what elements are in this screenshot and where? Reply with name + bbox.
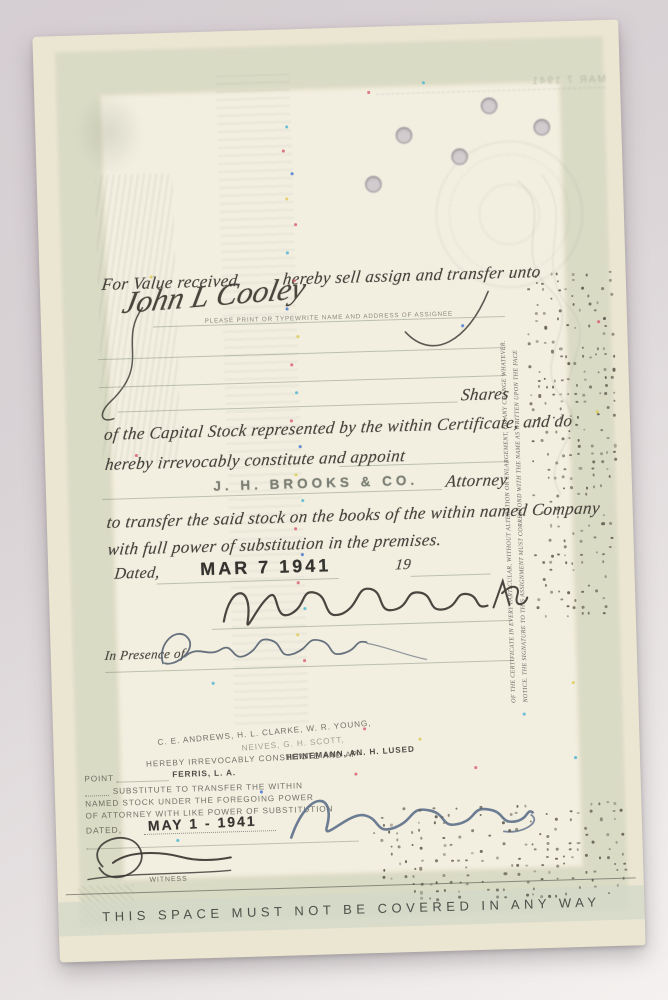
certificate-paper: MAR 7 1941 For Value received hereby sel…: [32, 20, 645, 963]
perforation-dot: [419, 809, 422, 812]
confetti-speck: [574, 756, 577, 759]
confetti-speck: [422, 81, 425, 84]
perforation-dot: [471, 829, 474, 832]
perforation-dot: [502, 821, 505, 824]
perforation-dot: [596, 302, 598, 304]
confetti-speck: [354, 773, 357, 776]
perforation-dot: [540, 895, 543, 898]
perforation-dot: [560, 417, 563, 419]
confetti-speck: [299, 445, 302, 448]
perforation-dot: [612, 368, 615, 371]
perforation-dot: [604, 392, 607, 395]
perforation-dot: [572, 877, 575, 880]
perforation-dot: [554, 380, 557, 383]
perforation-dot: [567, 591, 569, 594]
perforation-dot: [560, 598, 563, 600]
confetti-speck: [282, 149, 285, 152]
perforation-dot: [551, 386, 554, 389]
confetti-speck: [291, 172, 294, 175]
perforation-dot: [613, 809, 616, 811]
perforation-dot: [496, 857, 499, 860]
perforation-dot: [568, 362, 571, 365]
perforation-dot: [580, 539, 583, 542]
perforation-dot: [551, 554, 554, 557]
perforation-dot: [547, 468, 550, 471]
perforation-dot: [435, 859, 438, 862]
confetti-speck: [294, 527, 297, 530]
perforation-dot: [559, 348, 562, 351]
perforation-dot: [538, 385, 541, 388]
confetti-speck: [301, 553, 304, 556]
perforation-dot: [604, 368, 606, 371]
perforation-dot: [436, 890, 439, 893]
perforation-dot: [508, 829, 511, 832]
perforation-dot: [563, 468, 566, 471]
perforation-dot: [399, 862, 401, 865]
perforation-dot: [559, 407, 562, 410]
perforation-dot: [588, 324, 591, 327]
perforation-dot: [546, 835, 549, 837]
perforation-dot: [613, 400, 616, 403]
perforation-dot: [420, 846, 423, 849]
perforation-dot: [543, 312, 545, 315]
perforation-dot: [504, 872, 507, 875]
perforation-dot: [565, 893, 568, 895]
perforation-dot: [562, 437, 565, 440]
perforation-dot: [458, 835, 461, 838]
perforation-dot: [604, 325, 607, 327]
perforation-dot: [451, 859, 454, 861]
perforation-dot: [597, 413, 599, 415]
perforation-dot: [606, 801, 609, 803]
perforation-dot: [405, 875, 408, 878]
perforation-dot: [617, 883, 619, 886]
perforation-dot: [578, 492, 580, 494]
confetti-speck: [363, 727, 366, 730]
perforation-dot: [582, 393, 585, 396]
perforation-dot: [556, 495, 559, 498]
perforation-dot: [613, 392, 616, 394]
perforation-dot: [608, 892, 611, 894]
perforation-dot: [604, 575, 606, 578]
perforation-dot: [609, 279, 612, 282]
perforation-dot: [458, 890, 460, 892]
perforation-dot: [583, 370, 586, 372]
perforation-dot: [555, 461, 558, 464]
confetti-speck: [303, 607, 306, 610]
perforation-dot: [381, 839, 384, 842]
perforation-dot: [584, 378, 587, 381]
perforation-dot: [614, 444, 617, 447]
confetti-speck: [293, 279, 296, 282]
perforation-dot: [543, 561, 545, 564]
perforation-dot: [534, 554, 537, 556]
perforation-dot: [547, 842, 550, 845]
perforation-dot: [390, 852, 392, 855]
perforation-dot: [562, 454, 565, 457]
perforation-dot: [595, 589, 598, 592]
perforation-dot: [602, 523, 605, 525]
perforation-dot: [603, 317, 606, 320]
perforation-dot: [541, 282, 544, 285]
ghost-date-text: MAR 7 1941: [530, 74, 606, 87]
perforation-dot: [601, 460, 604, 463]
perforation-dot: [579, 467, 582, 470]
perforation-dot: [606, 833, 609, 836]
perforation-dot: [443, 874, 446, 877]
perforation-dot: [557, 318, 559, 320]
perforation-dot: [487, 888, 489, 890]
perforation-dot: [574, 326, 576, 329]
perforation-dot: [544, 402, 546, 404]
perforation-dot: [467, 874, 469, 876]
perforation-dot: [613, 414, 616, 417]
perforation-dot: [572, 273, 574, 276]
confetti-speck: [286, 251, 289, 254]
perforation-dot: [577, 848, 579, 851]
perforation-dot: [420, 837, 423, 840]
confetti-speck: [301, 499, 304, 502]
perforation-dot: [577, 452, 580, 455]
perforation-dot: [466, 882, 469, 884]
perforation-dot: [585, 493, 588, 496]
perforation-dot: [532, 887, 534, 890]
perforation-dot: [538, 394, 540, 397]
perforation-dot: [382, 876, 385, 879]
perforation-dot: [570, 415, 572, 417]
perforation-dot: [556, 848, 559, 850]
perforation-dot: [591, 445, 594, 447]
perforation-dot: [609, 522, 612, 525]
assignee-signature-tail: [370, 285, 503, 379]
perforation-dot: [551, 350, 554, 353]
perforation-dot: [546, 386, 548, 389]
perforation-dot: [555, 818, 558, 821]
confetti-speck: [294, 473, 297, 476]
perforation-dot: [607, 856, 610, 859]
perforation-dot: [516, 864, 519, 867]
perforation-dot: [582, 355, 584, 357]
perforation-dot: [528, 342, 531, 345]
confetti-speck: [572, 681, 575, 684]
perforation-dot: [600, 429, 603, 432]
perforation-dot: [481, 881, 483, 883]
perforation-dot: [613, 355, 615, 358]
perforation-dot: [584, 400, 586, 403]
perforation-dot: [560, 355, 563, 357]
perforation-dot: [390, 824, 392, 827]
perforation-dot: [620, 808, 623, 811]
perforation-dot: [436, 899, 439, 902]
perforation-dot: [527, 881, 530, 884]
perforation-dot: [622, 877, 624, 879]
perforation-dot: [515, 827, 517, 830]
perforation-dot: [584, 827, 587, 830]
confetti-speck: [296, 335, 299, 338]
perforation-dot: [594, 309, 596, 312]
perforation-dot: [557, 525, 560, 528]
perforation-dot: [565, 561, 567, 564]
perforation-dot: [595, 551, 597, 553]
perforation-dot: [581, 561, 583, 564]
perforation-dot: [561, 476, 564, 479]
broker-signature-blue: [280, 774, 537, 854]
confetti-speck: [285, 125, 288, 128]
confetti-speck: [367, 91, 370, 94]
stamp-names-line4: FERRIS, L. A.: [172, 768, 236, 779]
confetti-speck: [150, 275, 153, 278]
perforation-dot: [592, 840, 594, 843]
confetti-speck: [297, 581, 300, 584]
perforation-dot: [571, 856, 573, 858]
perforation-dot: [570, 819, 572, 821]
perforation-dot: [611, 376, 613, 379]
confetti-speck: [212, 682, 215, 685]
perforation-dot: [550, 561, 552, 563]
perforation-dot: [532, 408, 535, 411]
perforation-dot: [591, 467, 594, 470]
perforation-dot: [567, 378, 570, 380]
confetti-speck: [176, 839, 179, 842]
confetti-speck: [523, 713, 526, 716]
perforation-dot: [610, 293, 613, 295]
perforation-dot: [540, 439, 543, 442]
perforation-dot: [524, 805, 526, 807]
perforation-dot: [555, 431, 557, 434]
perforation-dot: [594, 870, 597, 873]
perforation-dot: [559, 310, 561, 312]
perforation-dot: [558, 590, 560, 592]
perforation-dot: [615, 841, 617, 844]
perforation-dot: [536, 304, 538, 307]
witness-signature-black: [68, 819, 245, 896]
perforation-dot: [516, 805, 519, 808]
perforation-dot: [601, 287, 604, 290]
confetti-speck: [295, 391, 298, 394]
perforation-dot: [537, 598, 540, 601]
perforation-dot: [589, 385, 591, 388]
perforation-dot: [592, 474, 595, 476]
perforation-dot: [623, 863, 626, 865]
confetti-speck: [474, 766, 477, 769]
confetti-speck: [290, 419, 293, 422]
perforation-dot: [581, 287, 584, 290]
perforation-dot: [602, 332, 605, 335]
perforation-dot: [420, 891, 423, 894]
perforation-dot: [614, 458, 617, 461]
perforation-dot: [592, 878, 594, 881]
confetti-speck: [296, 633, 299, 636]
perforation-dot: [613, 451, 616, 453]
attorney-label: Attorney: [445, 470, 509, 492]
perforation-dot: [564, 515, 566, 518]
perforation-dot: [603, 348, 605, 350]
perforation-dot: [502, 842, 505, 845]
perforation-dot: [443, 844, 446, 847]
perforation-dot: [545, 584, 547, 587]
perforation-dot: [535, 312, 538, 314]
perforation-dot: [576, 416, 579, 419]
perforation-dot: [555, 858, 557, 860]
perforation-dot: [614, 818, 616, 820]
perforation-dot: [575, 393, 578, 396]
perforation-dot: [542, 864, 544, 867]
perforation-dot: [592, 485, 595, 488]
confetti-speck: [294, 223, 297, 226]
perforation-dot: [563, 862, 565, 864]
confetti-speck: [260, 790, 263, 793]
perforation-dot: [550, 591, 553, 593]
perforation-dot: [575, 424, 577, 426]
perforation-dot: [420, 883, 423, 886]
perforation-dot: [405, 860, 407, 863]
confetti-speck: [286, 307, 289, 310]
perforation-dot: [554, 827, 557, 830]
perforation-dot: [582, 606, 585, 608]
perforation-dot: [383, 869, 385, 872]
perforation-dot: [603, 612, 605, 614]
perforation-dot: [548, 895, 551, 897]
perforation-dot: [526, 894, 529, 897]
perforation-dot: [577, 812, 579, 814]
perforation-dot: [549, 539, 551, 542]
perforation-dot: [558, 289, 561, 291]
perforation-dot: [602, 560, 604, 563]
perforation-dot: [546, 848, 548, 851]
confetti-speck: [303, 659, 306, 662]
stamp-point-label: POINT: [84, 774, 114, 784]
perforation-dot: [435, 815, 438, 818]
perforation-dot: [572, 532, 574, 535]
confetti-speck: [418, 738, 421, 741]
perforation-dot: [529, 402, 532, 405]
dated-label: Dated,: [113, 564, 160, 583]
perforation-dot: [535, 282, 537, 285]
perforation-dot: [542, 511, 544, 514]
confetti-speck: [135, 454, 138, 457]
perforation-dot: [563, 539, 566, 542]
perforation-dot: [544, 326, 547, 329]
perforation-dot: [589, 302, 592, 305]
perforation-dot: [531, 440, 534, 442]
perforation-dot: [612, 333, 615, 336]
photo-backdrop: { "scene": { "description": "Photograph …: [0, 0, 668, 1000]
perforation-dot: [607, 436, 610, 439]
perforation-dot: [503, 889, 505, 892]
perforation-dot: [600, 453, 603, 456]
perforation-dot: [543, 377, 546, 379]
perforation-dot: [419, 867, 422, 870]
perforation-dot: [413, 890, 415, 893]
perforation-dot: [570, 486, 573, 488]
perforation-dot: [578, 445, 581, 448]
perforation-dot: [449, 843, 452, 845]
confetti-speck: [597, 320, 600, 323]
perforation-dot: [382, 823, 385, 826]
confetti-speck: [290, 363, 293, 366]
perforation-dot: [614, 802, 617, 805]
perforation-dot: [598, 856, 601, 859]
perforation-dot: [518, 873, 520, 876]
perforation-dot: [556, 865, 559, 867]
perforation-dot: [600, 818, 603, 821]
perforation-dot: [420, 897, 423, 899]
perforation-dot: [538, 417, 541, 420]
scan-artifacts: [32, 20, 618, 37]
perforation-dot: [545, 430, 548, 433]
perforation-dot: [552, 340, 555, 343]
perforation-dot: [577, 842, 580, 844]
confetti-speck: [461, 324, 464, 327]
